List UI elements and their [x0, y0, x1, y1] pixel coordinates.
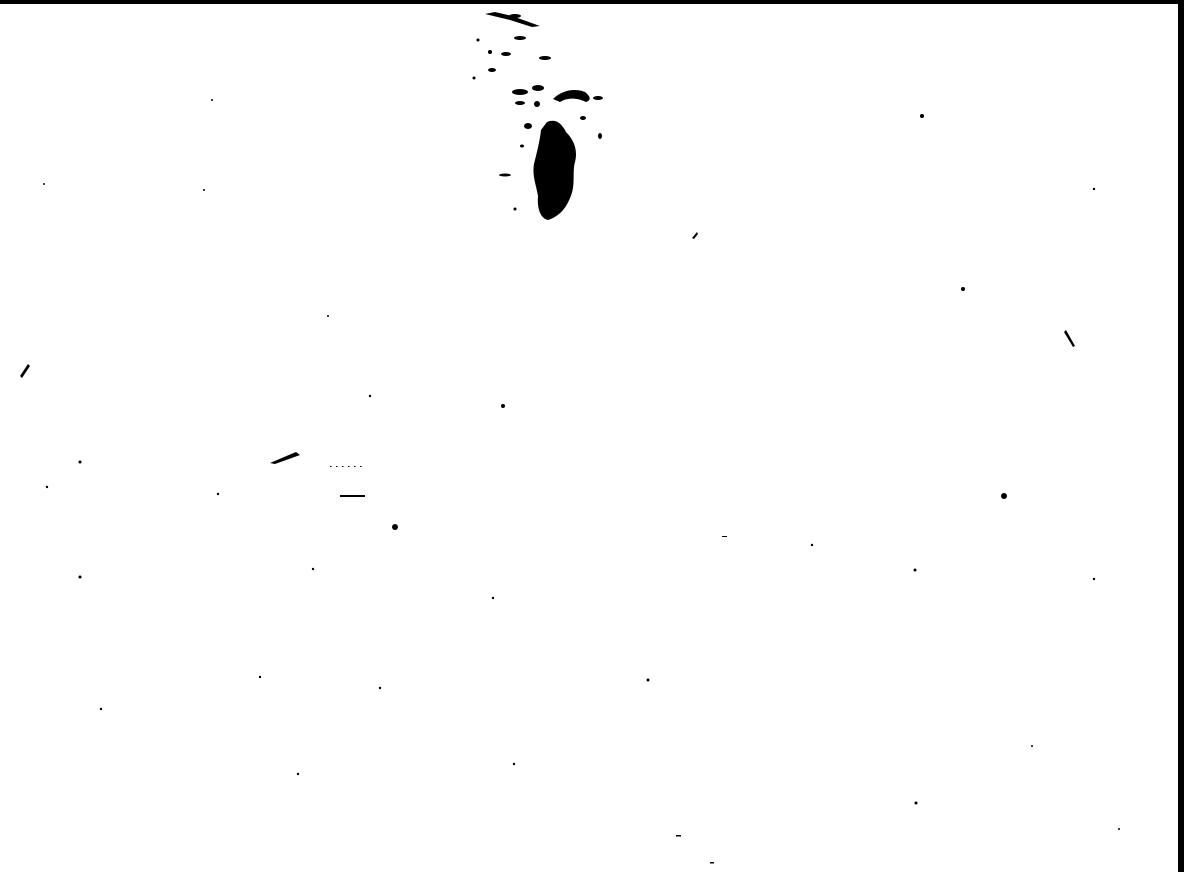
scanned-image: High-contrast binarized scan: white fiel…: [0, 0, 1184, 872]
blob-and-specks: [0, 0, 1184, 872]
